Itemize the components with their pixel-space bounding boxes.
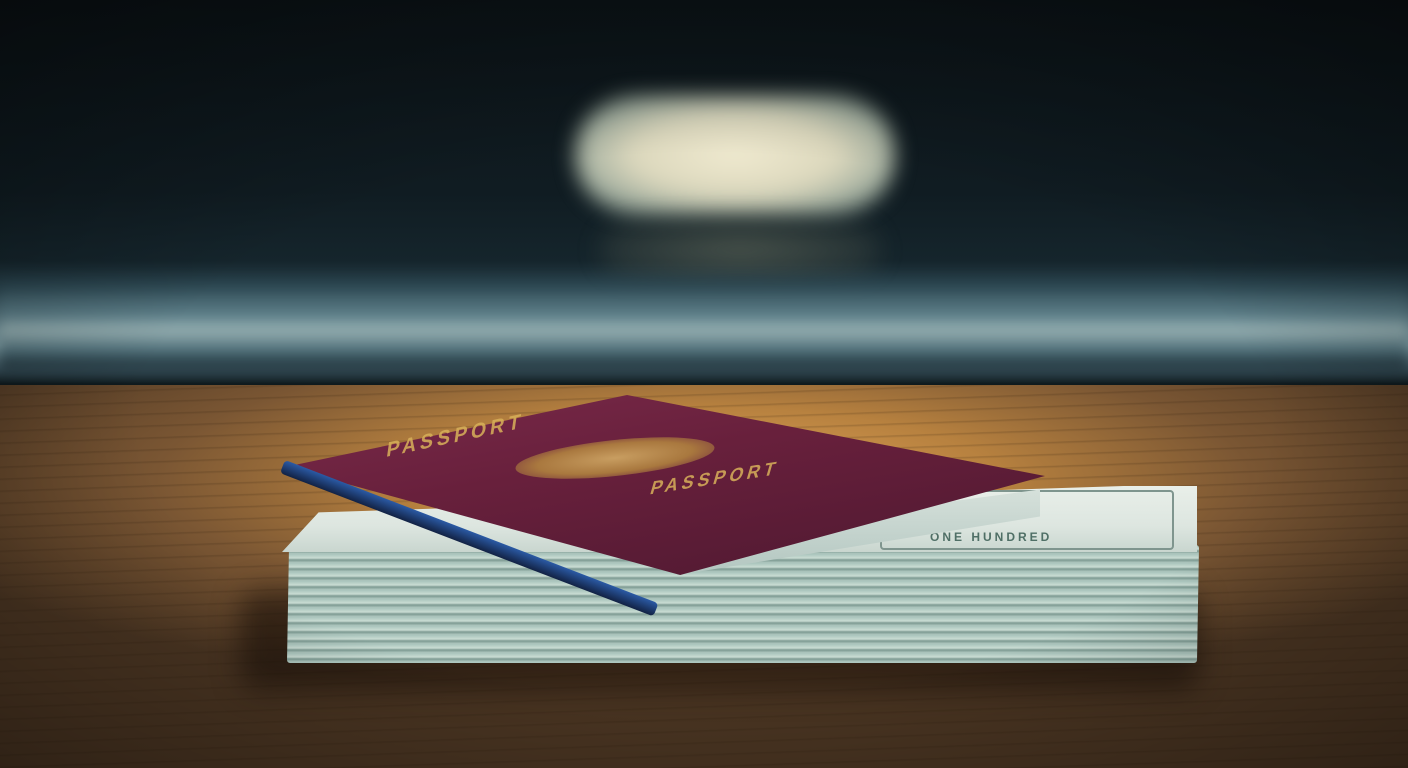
photo-scene: ONE HUNDRED PASSPORT PASSPORT	[0, 0, 1408, 768]
lamp-reflection	[600, 220, 880, 280]
blurred-counter	[0, 280, 1408, 370]
banknote-text: ONE HUNDRED	[930, 530, 1052, 544]
blurred-lamp	[575, 95, 895, 215]
